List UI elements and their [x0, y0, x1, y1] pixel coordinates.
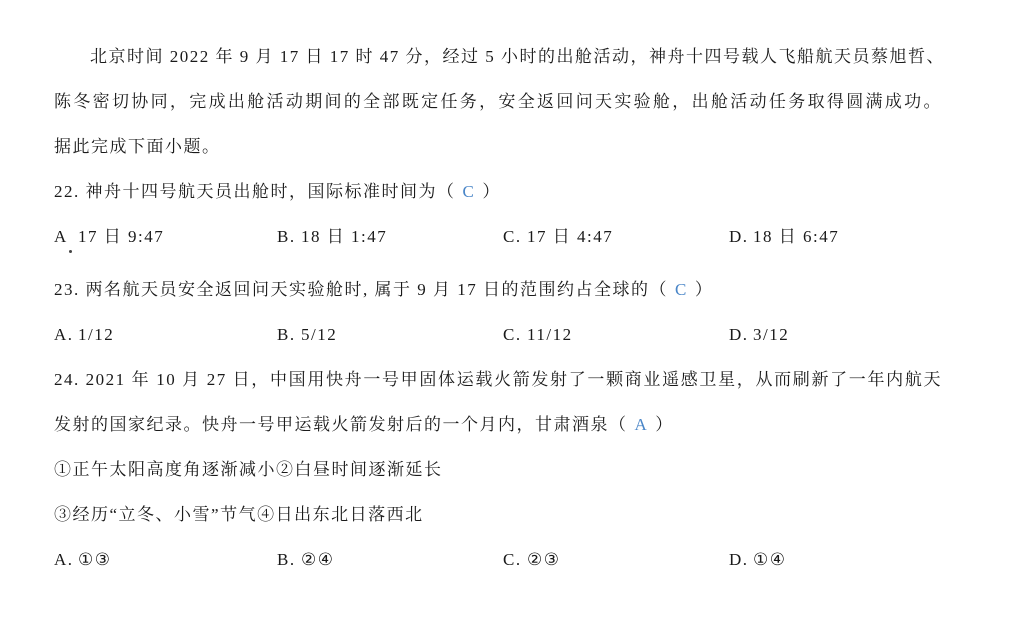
option-text: 17 日 4:47: [527, 227, 613, 246]
question-24-options: A.①③ B.②④ C.②③ D.①④: [54, 537, 942, 582]
question-23-option-d: D.3/12: [729, 312, 942, 357]
intro-line-1: 北京时间 2022 年 9 月 17 日 17 时 47 分，经过 5 小时的出…: [54, 34, 942, 79]
option-letter: C.: [503, 537, 527, 582]
question-24-stem-text: 发射的国家纪录。快舟一号甲运载火箭发射后的一个月内，甘肃酒泉（: [54, 415, 628, 434]
question-22: 22. 神舟十四号航天员出舱时，国际标准时间为（C） A17 日 9:47 B.…: [54, 169, 942, 259]
option-letter: C.: [503, 312, 527, 357]
option-letter: A.: [54, 537, 78, 582]
question-23-option-b: B.5/12: [277, 312, 503, 357]
option-text: 5/12: [301, 325, 337, 344]
option-text: ②③: [527, 550, 560, 569]
question-24-option-d: D.①④: [729, 537, 942, 582]
exam-document-page: 北京时间 2022 年 9 月 17 日 17 时 47 分，经过 5 小时的出…: [0, 0, 1032, 628]
option-letter: D.: [729, 537, 753, 582]
question-22-option-b: B.18 日 1:47: [277, 214, 503, 259]
question-22-option-a: A17 日 9:47: [54, 214, 277, 259]
question-24-option-c: C.②③: [503, 537, 729, 582]
question-24-subitems-2: ③经历“立冬、小雪”节气④日出东北日落西北: [54, 492, 942, 537]
option-text: 1/12: [78, 325, 114, 344]
option-text: ①③: [78, 550, 111, 569]
question-22-answer: C: [456, 182, 483, 201]
question-22-stem-text: 22. 神舟十四号航天员出舱时，国际标准时间为（: [54, 182, 456, 201]
option-text: 11/12: [527, 325, 573, 344]
question-23-options: A.1/12 B.5/12 C.11/12 D.3/12: [54, 312, 942, 357]
option-text: 18 日 1:47: [301, 227, 387, 246]
intro-paragraph: 北京时间 2022 年 9 月 17 日 17 时 47 分，经过 5 小时的出…: [54, 34, 942, 169]
question-23-stem-text: 23. 两名航天员安全返回问天实验舱时, 属于 9 月 17 日的范围约占全球的…: [54, 280, 668, 299]
option-letter: D.: [729, 312, 753, 357]
option-letter: B.: [277, 312, 301, 357]
option-letter: B.: [277, 214, 301, 259]
question-24: 24. 2021 年 10 月 27 日，中国用快舟一号甲固体运载火箭发射了一颗…: [54, 357, 942, 582]
question-23-option-a: A.1/12: [54, 312, 277, 357]
intro-line-2: 陈冬密切协同，完成出舱活动期间的全部既定任务，安全返回问天实验舱，出舱活动任务取…: [54, 79, 942, 124]
option-text: 17 日 9:47: [78, 227, 164, 246]
option-text: ①④: [753, 550, 786, 569]
option-text: 3/12: [753, 325, 789, 344]
question-22-option-c: C.17 日 4:47: [503, 214, 729, 259]
option-letter: A.: [54, 312, 78, 357]
question-22-stem-close: ）: [482, 182, 501, 201]
question-24-subitems-1: ①正午太阳高度角逐渐减小②白昼时间逐渐延长: [54, 447, 942, 492]
question-23-answer: C: [668, 280, 695, 299]
option-text: ②④: [301, 550, 334, 569]
question-23: 23. 两名航天员安全返回问天实验舱时, 属于 9 月 17 日的范围约占全球的…: [54, 267, 942, 357]
option-letter: A: [54, 214, 78, 259]
question-22-option-d: D.18 日 6:47: [729, 214, 942, 259]
question-23-stem: 23. 两名航天员安全返回问天实验舱时, 属于 9 月 17 日的范围约占全球的…: [54, 267, 942, 312]
question-24-stem-line-1: 24. 2021 年 10 月 27 日，中国用快舟一号甲固体运载火箭发射了一颗…: [54, 357, 942, 402]
question-22-options: A17 日 9:47 B.18 日 1:47 C.17 日 4:47 D.18 …: [54, 214, 942, 259]
question-23-stem-close: ）: [695, 280, 714, 299]
intro-line-3: 据此完成下面小题。: [54, 124, 942, 169]
option-letter: C.: [503, 214, 527, 259]
question-24-stem-line-2: 发射的国家纪录。快舟一号甲运载火箭发射后的一个月内，甘肃酒泉（A）: [54, 402, 942, 447]
exam-content: 北京时间 2022 年 9 月 17 日 17 时 47 分，经过 5 小时的出…: [54, 34, 942, 582]
question-22-stem: 22. 神舟十四号航天员出舱时，国际标准时间为（C）: [54, 169, 942, 214]
option-text: 18 日 6:47: [753, 227, 839, 246]
question-24-answer: A: [628, 415, 656, 434]
question-24-option-a: A.①③: [54, 537, 277, 582]
question-24-stem-close: ）: [655, 415, 674, 434]
option-letter: D.: [729, 214, 753, 259]
question-24-option-b: B.②④: [277, 537, 503, 582]
question-23-option-c: C.11/12: [503, 312, 729, 357]
option-letter: B.: [277, 537, 301, 582]
stray-ink-dot: [69, 250, 72, 253]
